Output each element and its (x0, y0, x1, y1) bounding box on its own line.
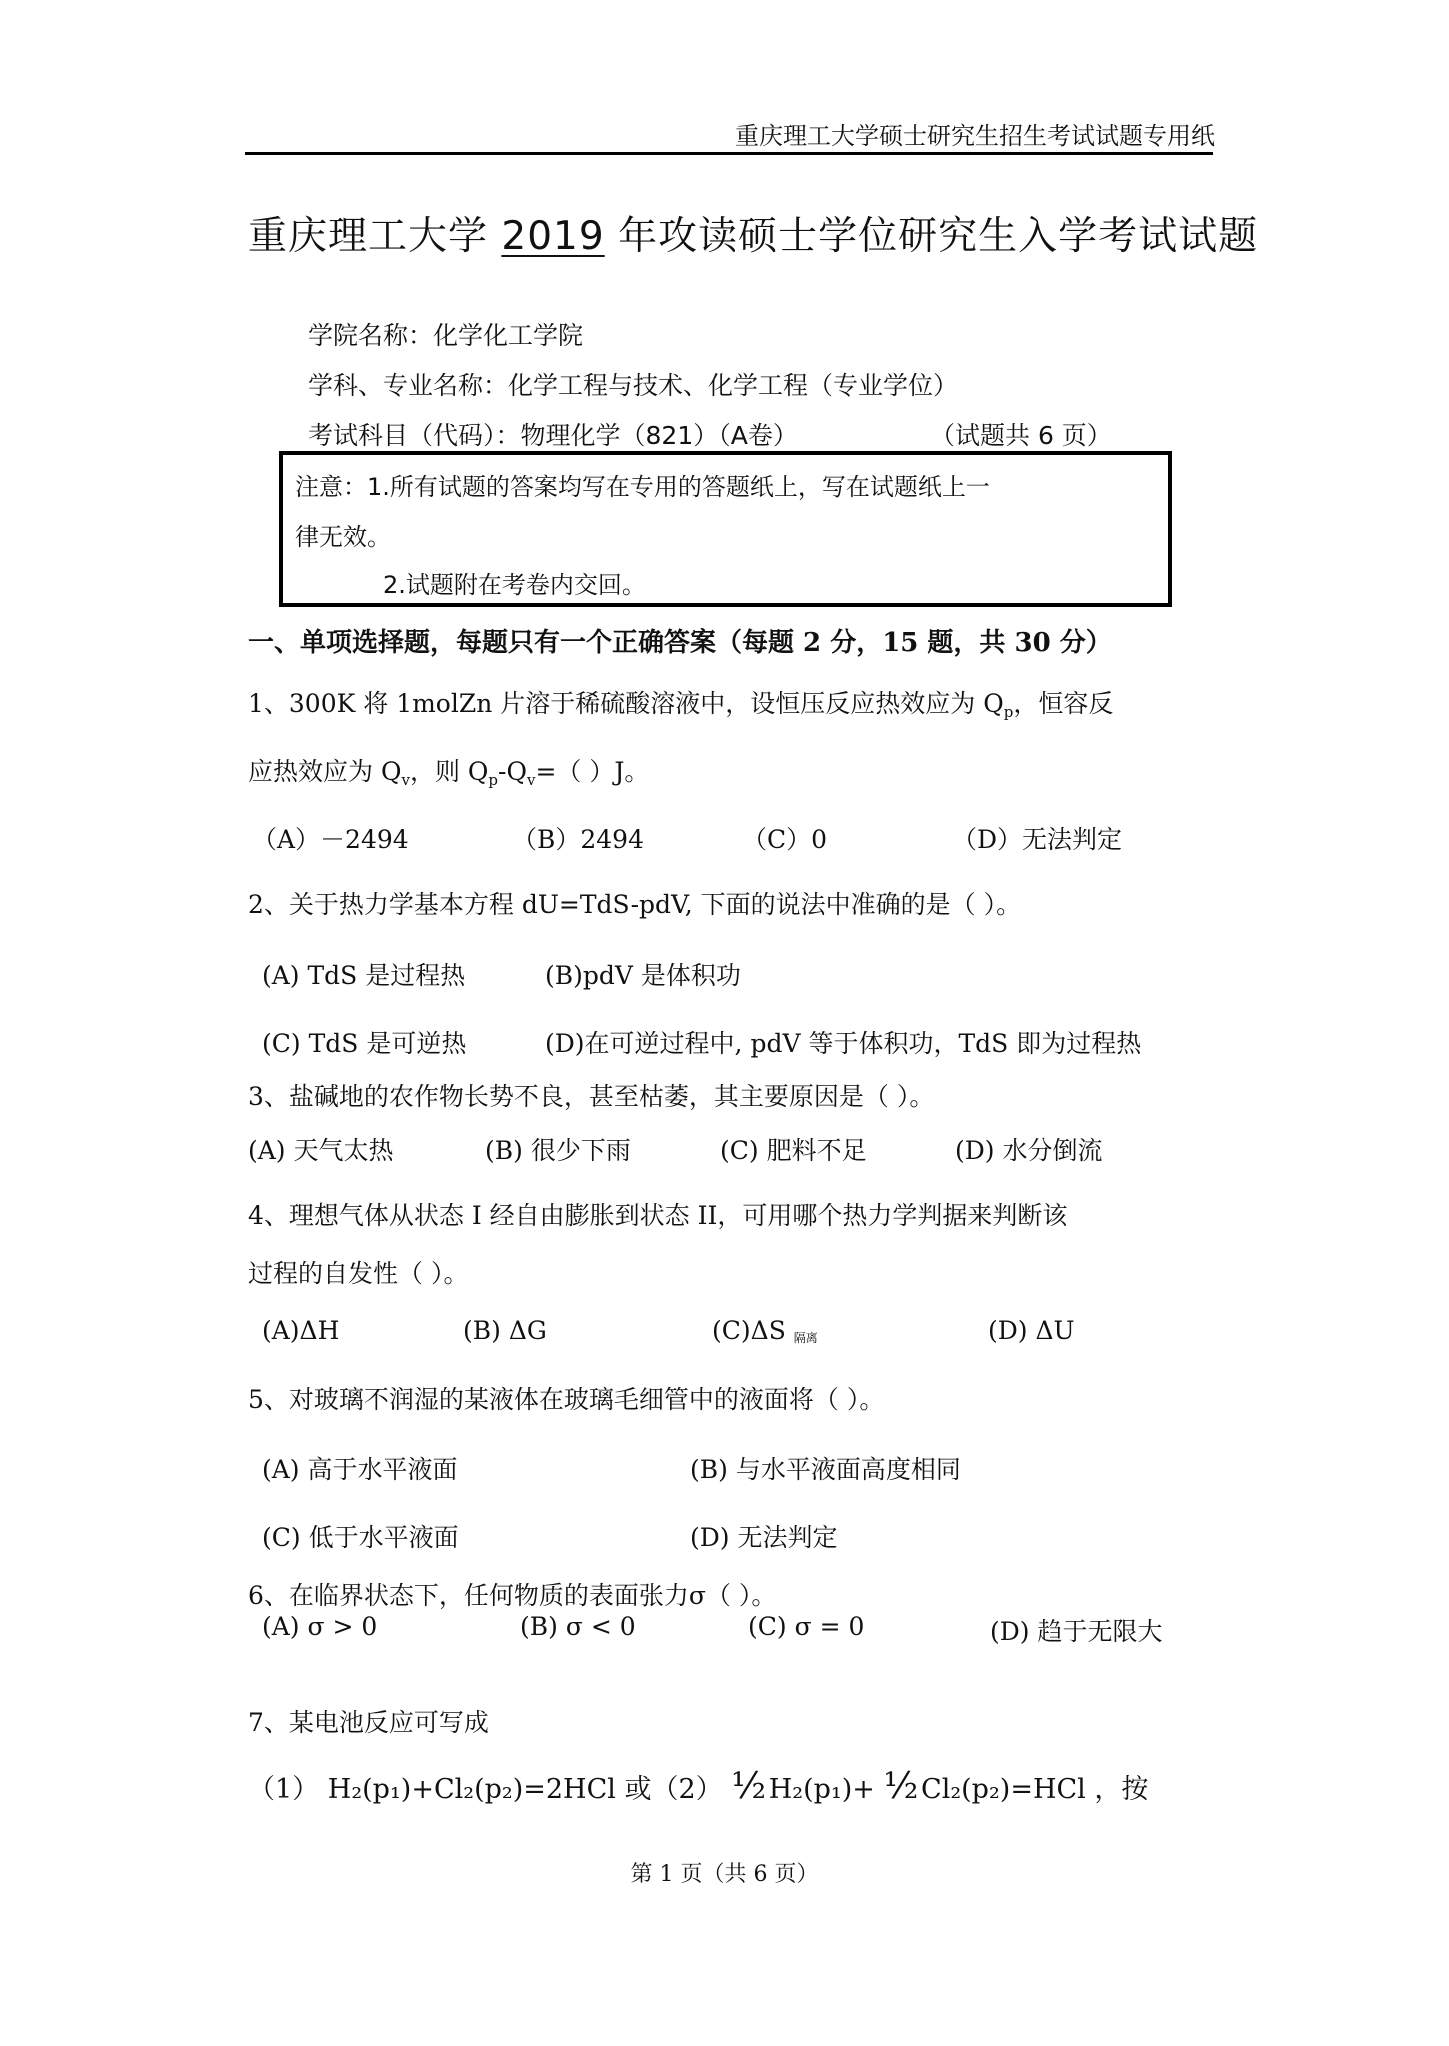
title-suffix: 年攻读硕士学位研究生入学考试试题 (618, 214, 1258, 259)
q7-eq-1: H₂(p₁)+Cl₂(p₂)=2HCl (328, 1774, 616, 1805)
q5-option-c: (C) 低于水平液面 (262, 1518, 459, 1554)
page-count: （试题共 6 页） (930, 416, 1112, 452)
q1-l2-c: -Q (498, 757, 527, 786)
q1-l2-b: ，则 Q (410, 757, 488, 786)
q2-stem: 2、关于热力学基本方程 dU=TdS-pdV, 下面的说法中准确的是（ ）。 (248, 885, 1021, 921)
q1-option-a: （A）－2494 (252, 820, 409, 856)
q4-option-b: (B) ΔG (463, 1316, 547, 1345)
q2-option-b: (B)pdV 是体积功 (545, 956, 741, 992)
page-footer: 第 1 页（共 6 页） (0, 1857, 1449, 1888)
q1-text-a: 1、300K 将 1molZn 片溶于稀硫酸溶液中，设恒压反应热效应为 Q (248, 689, 1004, 718)
q4-stem-line2: 过程的自发性（ ）。 (248, 1254, 468, 1290)
q4-option-c-sub: 隔离 (794, 1331, 818, 1345)
q1-stem-line1: 1、300K 将 1molZn 片溶于稀硫酸溶液中，设恒压反应热效应为 Qp，恒… (248, 684, 1113, 721)
q6-option-a: (A) σ > 0 (262, 1612, 377, 1641)
title-year: 2019 (501, 214, 604, 259)
q7-equations: （1） H₂(p₁)+Cl₂(p₂)=2HCl 或（2） ½ H₂(p₁)+ ½… (248, 1766, 1148, 1807)
q5-stem: 5、对玻璃不润湿的某液体在玻璃毛细管中的液面将（ ）。 (248, 1380, 884, 1416)
q7-tail: ，按 (1094, 1774, 1148, 1805)
q7-eq-label-1: （1） (248, 1774, 319, 1805)
q7-or: 或（2） (624, 1774, 722, 1805)
q6-stem: 6、在临界状态下，任何物质的表面张力σ（ ）。 (248, 1576, 776, 1612)
q1-option-b: （B）2494 (512, 820, 644, 856)
q1-option-d: （D）无法判定 (952, 820, 1122, 856)
notice-box: 注意：1.所有试题的答案均写在专用的答题纸上，写在试题纸上一 律无效。 2.试题… (279, 451, 1172, 607)
q4-option-c: (C)ΔS 隔离 (712, 1316, 818, 1346)
q3-option-a: (A) 天气太热 (248, 1131, 394, 1167)
notice-line-1: 注意：1.所有试题的答案均写在专用的答题纸上，写在试题纸上一 (295, 467, 990, 502)
q1-l2-sub2: p (488, 771, 498, 789)
q1-l2-d: =（ ）J。 (535, 757, 649, 786)
q3-option-c: (C) 肥料不足 (720, 1131, 867, 1167)
q2-option-a: (A) TdS 是过程热 (262, 956, 465, 992)
q6-option-d: (D) 趋于无限大 (990, 1612, 1163, 1648)
q6-option-b: (B) σ < 0 (520, 1612, 636, 1641)
q1-option-c: （C）0 (742, 820, 827, 856)
q3-option-d: (D) 水分倒流 (955, 1131, 1103, 1167)
notice-line-2: 律无效。 (295, 517, 391, 552)
subject-code: 考试科目（代码）：物理化学（821）（A卷） (308, 416, 798, 452)
q5-option-a: (A) 高于水平液面 (262, 1450, 458, 1486)
q2-option-d: (D)在可逆过程中, pdV 等于体积功，TdS 即为过程热 (545, 1024, 1141, 1060)
q1-l2-a: 应热效应为 Q (248, 757, 401, 786)
q7-eq-2b: Cl₂(p₂)=HCl (921, 1774, 1086, 1805)
q4-stem-line1: 4、理想气体从状态 I 经自由膨胀到状态 II，可用哪个热力学判据来判断该 (248, 1196, 1067, 1232)
notice-line-3: 2.试题附在考卷内交回。 (383, 565, 646, 600)
college-name: 学院名称：化学化工学院 (308, 316, 583, 352)
q1-stem-line2: 应热效应为 Qv，则 Qp-Qv=（ ）J。 (248, 752, 649, 789)
q7-stem: 7、某电池反应可写成 (248, 1703, 489, 1739)
q4-option-c-text: (C)ΔS (712, 1316, 786, 1345)
q3-option-b: (B) 很少下雨 (485, 1131, 631, 1167)
q5-option-d: (D) 无法判定 (690, 1518, 838, 1554)
q7-half-1: ½ (731, 1766, 760, 1807)
running-head: 重庆理工大学硕士研究生招生考试试题专用纸 (735, 116, 1215, 151)
major-name: 学科、专业名称：化学工程与技术、化学工程（专业学位） (308, 366, 958, 402)
q1-text-b: ，恒容反 (1013, 689, 1113, 718)
title-prefix: 重庆理工大学 (248, 214, 488, 259)
section-heading: 一、单项选择题，每题只有一个正确答案（每题 2 分，15 题，共 30 分） (248, 622, 1112, 659)
exam-title: 重庆理工大学 2019 年攻读硕士学位研究生入学考试试题 (248, 205, 1258, 261)
q7-eq-2a: H₂(p₁)+ (769, 1774, 875, 1805)
header-rule (245, 152, 1213, 155)
q6-option-c: (C) σ = 0 (748, 1612, 864, 1641)
q4-option-d: (D) ΔU (988, 1316, 1075, 1345)
q4-option-a: (A)ΔH (262, 1316, 339, 1345)
q1-l2-sub1: v (401, 771, 409, 789)
q5-option-b: (B) 与水平液面高度相同 (690, 1450, 961, 1486)
q7-half-2: ½ (884, 1766, 913, 1807)
q1-sub: p (1004, 703, 1014, 721)
q2-option-c: (C) TdS 是可逆热 (262, 1024, 466, 1060)
q3-stem: 3、盐碱地的农作物长势不良，甚至枯萎，其主要原因是（ ）。 (248, 1077, 934, 1113)
